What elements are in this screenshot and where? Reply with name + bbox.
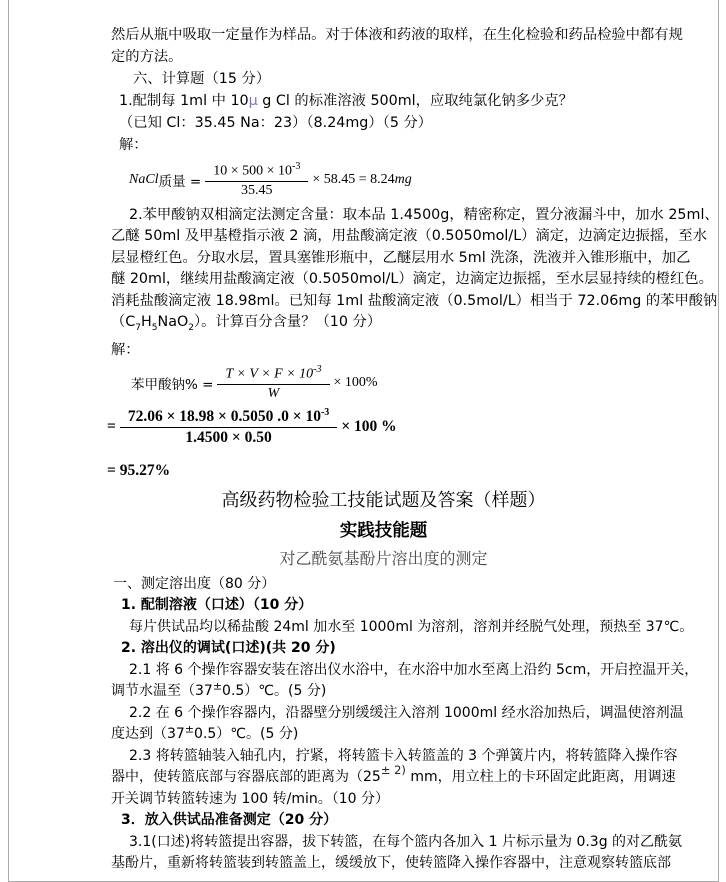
- step-3-1-line-1: 3.1(口述)将转篮提出容器，拔下转篮，在每个篮内各加入 1 片标示量为 0.3…: [111, 832, 656, 854]
- calc-section-heading: 六、计算题（15 分）: [111, 68, 656, 90]
- plus-minus-2-superscript: ± 2): [381, 763, 406, 777]
- denominator: W: [217, 385, 329, 402]
- topic-title: 对乙酰氨基酚片溶出度的测定: [111, 547, 656, 571]
- q1-text-pre: 1.配制每 1ml 中 10: [119, 93, 249, 109]
- practice-heading-1: 一、测定溶出度（80 分）: [111, 574, 656, 596]
- question-1-line-1: 1.配制每 1ml 中 10μ g Cl 的标准溶液 500ml，应取纯氯化钠多…: [111, 90, 656, 112]
- practice-section: 一、测定溶出度（80 分） 1. 配制溶液（口述）（10 分） 每片供试品均以稀…: [111, 574, 656, 875]
- fraction: 72.06 × 18.98 × 0.5050 .0 × 10-3 1.4500 …: [120, 407, 337, 447]
- formula-variable-nacl: NaCl: [129, 172, 159, 188]
- formula-nacl-mass: NaCl 质量 = 10 × 500 × 10-3 35.45 × 58.45 …: [129, 161, 656, 199]
- step-2-1-line-1: 2.1 将 6 个操作容器安装在溶出仪水浴中，在水浴中加水至离上沿约 5cm，开…: [111, 660, 656, 682]
- denominator: 1.4500 × 0.50: [120, 428, 337, 447]
- document-content: 然后从瓶中吸取一定量作为样品。对于体液和药液的取样，在生化检验和药品检验中都有规…: [9, 0, 718, 875]
- practice-section-title: 实践技能题: [111, 518, 656, 544]
- exponent: -3: [321, 407, 329, 418]
- step-heading-3: 3．放入供试品准备测定（20 分）: [111, 810, 656, 832]
- question-2-line: 醚 20ml，继续用盐酸滴定液（0.5050mol/L）滴定，边滴定边振摇，至水…: [111, 269, 656, 291]
- step-2-2-line-2: 度达到（37±0.5）℃。(5 分): [111, 724, 656, 746]
- formula-unit-mg: mg: [395, 172, 412, 188]
- step-2-3-line-2: 器中，使转篮底部与容器底部的距离为（25± 2) mm，用立柱上的卡环固定此距离…: [111, 767, 656, 789]
- fraction: T × V × F × 10-3 W: [217, 364, 329, 402]
- formula-result: = 95.27%: [107, 462, 656, 480]
- document-page: 然后从瓶中吸取一定量作为样品。对于体液和药液的取样，在生化检验和药品检验中都有规…: [8, 0, 719, 882]
- formula-calculation: = 72.06 × 18.98 × 0.5050 .0 × 10-3 1.450…: [107, 407, 656, 447]
- step-heading-1: 1. 配制溶液（口述）（10 分）: [111, 595, 656, 617]
- question-2-line-formula: （C7H5NaO2）。计算百分含量？（10 分）: [111, 312, 656, 339]
- numerator: 10 × 500 × 10-3: [205, 161, 308, 182]
- formula-lhs-benzoate: 苯甲酸钠% =: [131, 373, 213, 393]
- question-1-line-2: （已知 Cl：35.45 Na：23）（8.24mg）（5 分）: [111, 112, 656, 134]
- step-heading-2: 2. 溶出仪的调试(口述)(共 20 分): [111, 638, 656, 660]
- numerator: 72.06 × 18.98 × 0.5050 .0 × 10-3: [120, 407, 337, 428]
- question-2-paragraph: 2.苯甲酸钠双相滴定法测定含量：取本品 1.4500g，精密称定，置分液漏斗中，…: [111, 205, 656, 361]
- formula-rhs: × 58.45 = 8.24: [312, 172, 394, 188]
- formula-rhs: × 100 %: [341, 418, 396, 436]
- exponent: -3: [313, 364, 321, 375]
- formula-label-mass: 质量 =: [159, 170, 202, 190]
- step-3-1-line-2: 基酚片，重新将转篮装到转篮盖上，缓缓放下，使转篮降入操作容器中，注意观察转篮底部: [111, 853, 656, 875]
- solution-label-2: 解：: [111, 340, 656, 362]
- numerator: T × V × F × 10-3: [217, 364, 329, 385]
- document-title: 高级药物检验工技能试题及答案（样题）: [111, 487, 656, 514]
- q1-text-post: g Cl 的标准溶液 500ml，应取纯氯化钠多少克？: [258, 93, 573, 109]
- formula-rhs: × 100%: [334, 375, 378, 391]
- question-2-line: 消耗盐酸滴定液 18.98ml。已知每 1ml 盐酸滴定液（0.5mol/L）相…: [111, 291, 656, 313]
- intro-line-1: 然后从瓶中吸取一定量作为样品。对于体液和药液的取样，在生化检验和药品检验中都有规: [111, 24, 656, 46]
- question-2-line: 乙醚 50ml 及甲基橙指示液 2 滴，用盐酸滴定液（0.5050mol/L）滴…: [111, 226, 656, 248]
- intro-line-2: 定的方法。: [111, 46, 656, 68]
- mu-symbol: μ: [249, 93, 258, 109]
- fraction: 10 × 500 × 10-3 35.45: [205, 161, 308, 199]
- plus-minus-superscript: ±: [185, 723, 194, 736]
- step-2-2-line-1: 2.2 在 6 个操作容器内，沿器壁分别缓缓注入溶剂 1000ml 经水浴加热后…: [111, 703, 656, 725]
- step-1-text: 每片供试品均以稀盐酸 24ml 加水至 1000ml 为溶剂，溶剂并经脱气处理，…: [111, 617, 656, 639]
- exponent: -3: [292, 161, 300, 172]
- question-2-line: 2.苯甲酸钠双相滴定法测定含量：取本品 1.4500g，精密称定，置分液漏斗中，…: [111, 205, 656, 227]
- step-2-3-line-3: 开关调节转篮转速为 100 转/min。（10 分）: [111, 789, 656, 811]
- question-2-line: 层显橙红色。分取水层，置具塞锥形瓶中，乙醚层用水 5ml 洗涤，洗液并入锥形瓶中…: [111, 248, 656, 270]
- plus-minus-superscript: ±: [213, 680, 222, 693]
- step-2-1-line-2: 调节水温至（37±0.5）℃。(5 分): [111, 681, 656, 703]
- formula-benzoate-percent: 苯甲酸钠% = T × V × F × 10-3 W × 100%: [131, 364, 656, 402]
- equals-sign: =: [107, 418, 116, 436]
- denominator: 35.45: [205, 182, 308, 199]
- solution-label-1: 解：: [111, 134, 656, 156]
